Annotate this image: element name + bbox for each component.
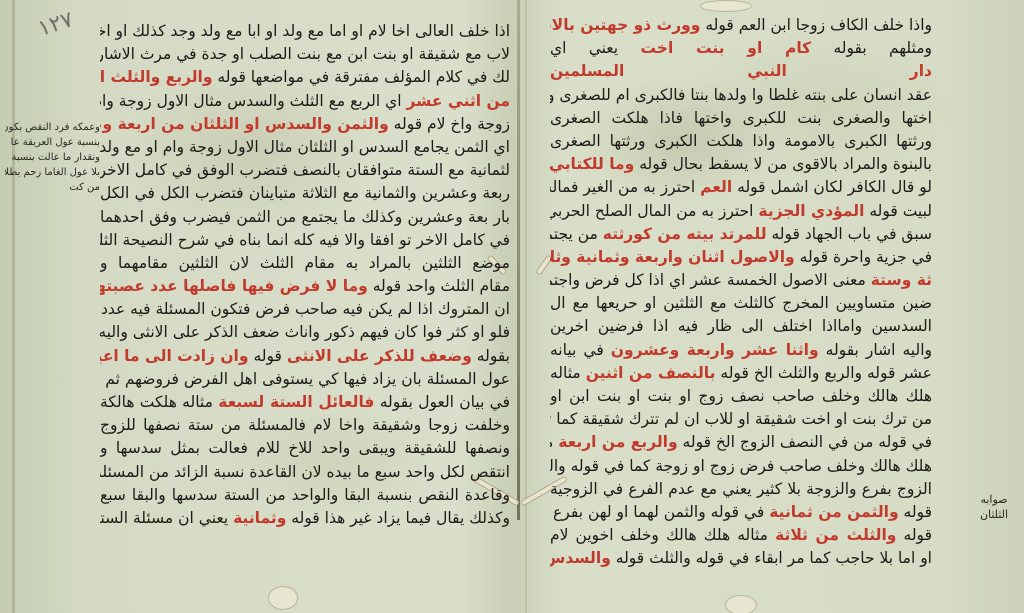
- text-line: وكذلك يقال فيما يزاد غير هذا قوله وثماني…: [100, 507, 510, 530]
- rubric-text: والثمن من ثمانية: [769, 503, 898, 521]
- rubric-text: دار النبي المسلمين: [550, 62, 932, 80]
- body-text: اي الربع مع الثلث والسدس مثال الاول زوجة…: [100, 92, 407, 110]
- body-text: اذا خلف العالى اخا لام او اما مع ولد او …: [100, 22, 510, 40]
- rubric-text: العم: [700, 178, 732, 196]
- body-text: في بيانه: [550, 341, 611, 359]
- body-text: من ترك بنت او اخت شقيقة او للاب ان لم تت…: [550, 410, 932, 428]
- body-text: عقد انسان على بنته غلطا وا ولدها بنتا فا…: [550, 86, 932, 104]
- text-line: عقد انسان على بنته غلطا وا ولدها بنتا فا…: [550, 84, 932, 107]
- body-text: ان المتروك اذا لم يكن فيه صاحب فرض فتكون…: [100, 300, 510, 318]
- body-text: معنى الاصول الخمسة عشر اي اذا كل فرض واج…: [550, 271, 871, 289]
- text-line: في كامل الاخر تو افقا والا فيه كله انما …: [100, 229, 510, 252]
- main-text-block: واذا خلف الكاف زوجا ابن العم قوله وورث ذ…: [550, 14, 932, 571]
- margin-note-line: من كت: [5, 180, 100, 195]
- body-text: هلك هالك وخلف صاحب فرض زوج او زوجة كما ف…: [550, 457, 932, 475]
- text-line: في جزية واحرة قوله والاصول اثنان واربعة …: [550, 246, 932, 269]
- body-text: يعني اي: [550, 39, 640, 57]
- body-text: قوله: [899, 503, 932, 521]
- body-text: لو قال الكافر لكان اشمل قوله: [732, 178, 932, 196]
- rubric-text: والسدس من ستة: [550, 549, 611, 567]
- text-line: ضين متساويين المخرج كالثلث مع الثلثين او…: [550, 292, 932, 315]
- text-line: ربعة وعشرين والثمانية مع الثلاثة متباينا…: [100, 182, 510, 205]
- catchword-note: صوابه الثلثان: [964, 492, 1024, 522]
- body-text: في كامل الاخر تو افقا والا فيه كله انما …: [100, 231, 510, 249]
- rubric-text: بالنصف من اثنين: [586, 364, 716, 382]
- text-line: بار بعة وعشرين وكذلك ما يجتمع من الثمن ف…: [100, 206, 510, 229]
- body-text: مثاله: [550, 364, 586, 382]
- text-line: فلو او كثر فوا كان فيهم ذكور واناث ضعف ا…: [100, 321, 510, 344]
- text-line: بقوله وضعف للذكر على الانثى قوله وان زاد…: [100, 345, 510, 368]
- body-text: بقوله: [472, 347, 510, 365]
- body-text: احترز به من الغير فماله: [550, 178, 700, 196]
- rubric-text: من اثني عشر: [407, 92, 510, 110]
- rubric-text: فالعائل الستة لسبعة: [218, 393, 374, 411]
- body-text: عشر قوله والربع والثلث الخ قوله: [715, 364, 932, 382]
- rubric-text: والثلث من ثلاثة: [775, 526, 896, 544]
- rubric-text: والربع والثلث او السدس: [100, 68, 212, 86]
- text-line: هلك هالك وخلف صاحب نصف زوج او بنت او بنت…: [550, 385, 932, 408]
- text-line: ونصفها للشقيقة ويبقى واحد للاخ للام فعال…: [100, 437, 510, 460]
- body-text: ونصفها للشقيقة ويبقى واحد للاخ للام فعال…: [100, 439, 510, 457]
- body-text: بار بعة وعشرين وكذلك ما يجتمع من الثمن ف…: [100, 208, 510, 226]
- rubric-text: واثنا عشر واربعة وعشرون: [611, 341, 819, 359]
- body-text: مقام الثلث واحد قوله: [368, 277, 510, 295]
- rubric-text: وان زادت الى ما اعيلت: [100, 347, 249, 365]
- left-page: ١٢٧ وعمكه فرد النقص بكون بنسبة عول العرب…: [0, 0, 515, 613]
- margin-note-line: ونقدار ما عالت بنسبة: [5, 150, 100, 165]
- body-text: لك في كلام المؤلف مفترقة في مواضعها قوله: [212, 68, 510, 86]
- text-line: واذا خلف الكاف زوجا ابن العم قوله وورث ذ…: [550, 14, 932, 37]
- rubric-text: وما للكتابي: [550, 155, 634, 173]
- text-line: سبق في باب الجهاد قوله للمرتد بيته من كو…: [550, 223, 932, 246]
- body-text: يعني ان مسئلة الستة: [100, 509, 233, 527]
- text-line: لاب مع شقيقة او بنت ابن مع بنت الصلب او …: [100, 43, 510, 66]
- text-line: وقاعدة النقص بنسبة البقا والواحد من الست…: [100, 484, 510, 507]
- text-line: عول المسئلة بان يزاد فيها كي يستوفى اهل …: [100, 368, 510, 391]
- text-line: اذا خلف العالى اخا لام او اما مع ولد او …: [100, 20, 510, 43]
- body-text: من يجتمع معه: [550, 225, 603, 243]
- body-text: وكذلك يقال فيما يزاد غير هذا قوله: [286, 509, 510, 527]
- text-line: زوجة واخ لام قوله والثمن والسدس او الثلث…: [100, 113, 510, 136]
- body-text: الزوج بفرع والزوجة بلا كثير يعني مع عدم …: [550, 480, 932, 498]
- text-line: ان المتروك اذا لم يكن فيه صاحب فرض فتكون…: [100, 298, 510, 321]
- body-text: اختها والصغرى بنت للكبرى واختها فاذا هلك…: [550, 109, 932, 127]
- margin-note-line: بلا عول الغاما رحم بطلا: [5, 165, 100, 180]
- rubric-text: المؤدي الجزية: [758, 202, 864, 220]
- text-line: اي الثمن يجامع السدس او الثلثان مثال الا…: [100, 136, 510, 159]
- text-line: اختها والصغرى بنت للكبرى واختها فاذا هلك…: [550, 107, 932, 130]
- text-line: من ترك بنت او اخت شقيقة او للاب ان لم تت…: [550, 408, 932, 431]
- body-text: لاب مع شقيقة او بنت ابن مع بنت الصلب او …: [100, 45, 510, 63]
- text-line: ومثلهم بقوله كام او بنت اخت يعني اي: [550, 37, 932, 60]
- body-text: فلو او كثر فوا كان فيهم ذكور واناث ضعف ا…: [100, 323, 510, 341]
- body-text: ربعة وعشرين والثمانية مع الثلاثة متباينا…: [100, 184, 510, 202]
- text-line: السدسين وامااذا اختلف الى ظار فيه اذا فر…: [550, 315, 932, 338]
- body-text: في بيان العول بقوله: [374, 393, 510, 411]
- right-page: واذا خلف الكاف زوجا ابن العم قوله وورث ذ…: [520, 0, 1024, 613]
- body-text: عول المسئلة بان يزاد فيها كي يستوفى اهل …: [100, 370, 510, 388]
- body-text: قوله: [249, 347, 287, 365]
- body-text: السدسين وامااذا اختلف الى ظار فيه اذا فر…: [550, 317, 932, 335]
- body-text: اي الثمن يجامع السدس او الثلثان مثال الا…: [100, 138, 510, 156]
- body-text: لثمانية مع الستة متوافقان بالنصف فتضرب ا…: [100, 161, 510, 179]
- body-text: ومثلهم بقوله: [811, 39, 932, 57]
- margin-note-line: وعمكه فرد النقص بكون: [5, 120, 100, 135]
- text-line: بالبنوة والمراد بالاقوى من لا يسقط بحال …: [550, 153, 932, 176]
- body-text: زوجة واخ لام قوله: [389, 115, 510, 133]
- body-text: هلك هالك وخلف صاحب نصف زوج او بنت او بنت…: [550, 387, 932, 405]
- body-text: سبق في باب الجهاد قوله: [767, 225, 932, 243]
- margin-note-line: بنسبة عول العربقة عا: [5, 135, 100, 150]
- text-line: واليه اشار بقوله واثنا عشر واربعة وعشرون…: [550, 339, 932, 362]
- body-text: ورثتها الكبرى بالامومة واذا هلكت الكبرى …: [550, 132, 932, 150]
- body-text: واليه اشار بقوله: [819, 341, 932, 359]
- text-line: او اما بلا حاجب كما مر ابقاء في قوله وال…: [550, 547, 932, 570]
- body-text: او اما بلا حاجب كما مر ابقاء في قوله وال…: [611, 549, 932, 567]
- rubric-text: والربع من اربعة: [558, 433, 677, 451]
- rubric-text: وضعف للذكر على الانثى: [287, 347, 472, 365]
- rubric-text: للمرتد بيته من كورثته: [603, 225, 767, 243]
- rubric-text: ثة وستة: [871, 271, 932, 289]
- body-text: قوله: [896, 526, 932, 544]
- rubric-text: وورث ذو جهتين بالاقوى فيهما: [550, 16, 700, 34]
- folio-number: ١٢٧: [35, 7, 76, 42]
- body-text: في قوله والثمن لهما او لهن بفرع لا حق: [550, 503, 769, 521]
- text-line: ثة وستة معنى الاصول الخمسة عشر اي اذا كل…: [550, 269, 932, 292]
- body-text: في جزية واحرة قوله: [795, 248, 932, 266]
- body-text: مثاله هلك هالك وخلف اخوين لام: [550, 526, 775, 544]
- margin-note: وعمكه فرد النقص بكون بنسبة عول العربقة ع…: [5, 120, 100, 195]
- rubric-text: والثمن والسدس او الثلثان من اربعة وعشرين: [100, 115, 389, 133]
- text-line: موضع الثلثين بالمراد به مقام الثلث لان ا…: [100, 252, 510, 275]
- text-line: دار النبي المسلمين: [550, 60, 932, 83]
- body-text: موضع الثلثين بالمراد به مقام الثلث لان ا…: [100, 254, 510, 272]
- body-text: بالبنوة والمراد بالاقوى من لا يسقط بحال …: [634, 155, 932, 173]
- text-line: لو قال الكافر لكان اشمل قوله العم احترز …: [550, 176, 932, 199]
- rubric-text: وثمانية: [233, 509, 286, 527]
- body-text: مثاله هلكت هالكة: [100, 393, 218, 411]
- rubric-text: كام او بنت اخت: [640, 39, 811, 57]
- text-line: قوله والثلث من ثلاثة مثاله هلك هالك وخلف…: [550, 524, 932, 547]
- text-line: لثمانية مع الستة متوافقان بالنصف فتضرب ا…: [100, 159, 510, 182]
- text-line: لبيت قوله المؤدي الجزية احترز به من الما…: [550, 200, 932, 223]
- text-line: مقام الثلث واحد قوله وما لا فرض فيها فاص…: [100, 275, 510, 298]
- catchword-line: الثلثان: [964, 507, 1024, 522]
- text-line: هلك هالك وخلف صاحب فرض زوج او زوجة كما ف…: [550, 455, 932, 478]
- text-line: في بيان العول بقوله فالعائل الستة لسبعة …: [100, 391, 510, 414]
- text-line: لك في كلام المؤلف مفترقة في مواضعها قوله…: [100, 66, 510, 89]
- body-text: انتقص لكل واحد سبع ما بيده لان القاعدة ن…: [100, 463, 510, 481]
- body-text: لبيت قوله: [864, 202, 932, 220]
- main-text-block: اذا خلف العالى اخا لام او اما مع ولد او …: [100, 20, 510, 530]
- text-line: انتقص لكل واحد سبع ما بيده لان القاعدة ن…: [100, 461, 510, 484]
- body-text: في قوله من في النصف الزوج الخ قوله: [678, 433, 932, 451]
- body-text: واذا خلف الكاف زوجا ابن العم قوله: [700, 16, 932, 34]
- text-line: من اثني عشر اي الربع مع الثلث والسدس مثا…: [100, 90, 510, 113]
- catchword-line: صوابه: [964, 492, 1024, 507]
- text-line: عشر قوله والربع والثلث الخ قوله بالنصف م…: [550, 362, 932, 385]
- body-text: مثاله: [550, 433, 558, 451]
- text-line: وخلفت زوجا وشقيقة واخا لام فالمسئلة من س…: [100, 414, 510, 437]
- text-line: في قوله من في النصف الزوج الخ قوله والرب…: [550, 431, 932, 454]
- body-text: وخلفت زوجا وشقيقة واخا لام فالمسئلة من س…: [100, 416, 510, 434]
- rubric-text: وما لا فرض فيها فاصلها عدد عصبتها: [100, 277, 368, 295]
- body-text: وقاعدة النقص بنسبة البقا والواحد من الست…: [100, 486, 510, 504]
- text-line: الزوج بفرع والزوجة بلا كثير يعني مع عدم …: [550, 478, 932, 501]
- manuscript-spread: ١٢٧ وعمكه فرد النقص بكون بنسبة عول العرب…: [0, 0, 1024, 613]
- body-text: احترز به من المال الصلح الحربي فحكمه: [550, 202, 758, 220]
- text-line: قوله والثمن من ثمانية في قوله والثمن لهم…: [550, 501, 932, 524]
- text-line: ورثتها الكبرى بالامومة واذا هلكت الكبرى …: [550, 130, 932, 153]
- rubric-text: والاصول اثنان واربعة وثمانية وثلا: [550, 248, 795, 266]
- body-text: ضين متساويين المخرج كالثلث مع الثلثين او…: [550, 294, 932, 312]
